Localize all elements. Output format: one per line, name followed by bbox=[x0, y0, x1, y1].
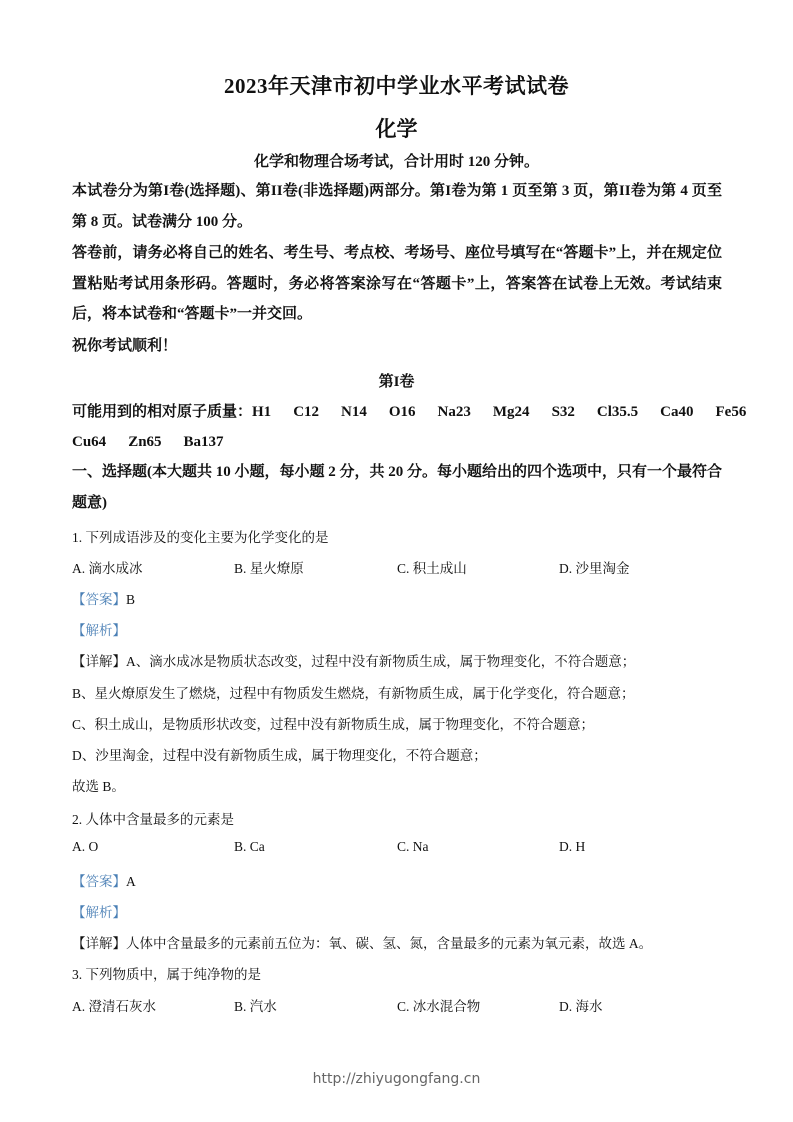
atomic-mass: O16 bbox=[389, 404, 416, 420]
atomic-mass: H1 bbox=[252, 404, 271, 420]
answer-value: A bbox=[126, 874, 136, 889]
question-2-option-a: A. O bbox=[72, 839, 98, 855]
instruction-paragraph-2: 答卷前，请务必将自己的姓名、考生号、考点校、考场号、座位号填写在“答题卡”上，并… bbox=[72, 238, 722, 330]
question-3-option-b: B. 汽水 bbox=[234, 995, 277, 1015]
question-3-option-a: A. 澄清石灰水 bbox=[72, 995, 156, 1015]
question-2-answer: 【答案】A bbox=[72, 870, 136, 890]
question-1-option-b: B. 星火燎原 bbox=[234, 557, 304, 577]
question-1-stem: 1. 下列成语涉及的变化主要为化学变化的是 bbox=[72, 526, 329, 546]
question-1-answer: 【答案】B bbox=[72, 588, 135, 608]
detail-text: A、滴水成冰是物质状态改变，过程中没有新物质生成，属于物理变化，不符合题意； bbox=[126, 654, 635, 669]
atomic-masses-line-1: 可能用到的相对原子质量：H1C12N14O16Na23Mg24S32Cl35.5… bbox=[72, 397, 732, 428]
detail-label: 【详解】 bbox=[72, 936, 126, 951]
atomic-mass: Na23 bbox=[438, 404, 471, 420]
instruction-paragraph-1: 本试卷分为第I卷(选择题)、第II卷(非选择题)两部分。第I卷为第 1 页至第 … bbox=[72, 176, 722, 237]
answer-value: B bbox=[126, 592, 135, 607]
question-1-detail-3: C、积土成山，是物质形状改变，过程中没有新物质生成，属于物理变化，不符合题意； bbox=[72, 713, 594, 733]
atomic-mass-label: 可能用到的相对原子质量： bbox=[72, 404, 252, 420]
atomic-mass: Mg24 bbox=[493, 404, 530, 420]
question-2-stem: 2. 人体中含量最多的元素是 bbox=[72, 808, 234, 828]
exam-subtitle: 化学和物理合场考试，合计用时 120 分钟。 bbox=[0, 150, 793, 171]
question-1-option-a: A. 滴水成冰 bbox=[72, 557, 143, 577]
atomic-mass: Fe56 bbox=[716, 404, 747, 420]
atomic-mass: Cu64 bbox=[72, 434, 106, 450]
good-luck-text: 祝你考试顺利！ bbox=[72, 331, 722, 362]
atomic-mass: C12 bbox=[293, 404, 319, 420]
atomic-mass: Zn65 bbox=[128, 434, 161, 450]
question-2-option-b: B. Ca bbox=[234, 839, 265, 855]
part-heading: 一、选择题(本大题共 10 小题，每小题 2 分，共 20 分。每小题给出的四个… bbox=[72, 457, 722, 518]
atomic-mass: N14 bbox=[341, 404, 367, 420]
atomic-mass: S32 bbox=[552, 404, 575, 420]
answer-label: 【答案】 bbox=[72, 592, 126, 607]
question-2-detail-1: 【详解】人体中含量最多的元素前五位为：氧、碳、氢、氮，含量最多的元素为氧元素，故… bbox=[72, 932, 652, 952]
atomic-masses-line-2: Cu64Zn65Ba137 bbox=[72, 427, 722, 458]
question-3-option-d: D. 海水 bbox=[559, 995, 603, 1015]
question-2-option-c: C. Na bbox=[397, 839, 429, 855]
question-1-detail-2: B、星火燎原发生了燃烧，过程中有物质发生燃烧，有新物质生成，属于化学变化，符合题… bbox=[72, 682, 635, 702]
question-1-option-d: D. 沙里淘金 bbox=[559, 557, 630, 577]
question-1-detail-4: D、沙里淘金，过程中没有新物质生成，属于物理变化，不符合题意； bbox=[72, 744, 487, 764]
question-2-analysis-label: 【解析】 bbox=[72, 901, 126, 921]
atomic-mass: Ca40 bbox=[660, 404, 693, 420]
question-3-stem: 3. 下列物质中，属于纯净物的是 bbox=[72, 963, 261, 983]
atomic-mass: Cl35.5 bbox=[597, 404, 638, 420]
question-2-option-d: D. H bbox=[559, 839, 585, 855]
detail-text: 人体中含量最多的元素前五位为：氧、碳、氢、氮，含量最多的元素为氧元素，故选 A。 bbox=[126, 936, 652, 951]
question-1-detail-1: 【详解】A、滴水成冰是物质状态改变，过程中没有新物质生成，属于物理变化，不符合题… bbox=[72, 650, 635, 670]
question-1-analysis-label: 【解析】 bbox=[72, 619, 126, 639]
detail-label: 【详解】 bbox=[72, 654, 126, 669]
question-1-detail-5: 故选 B。 bbox=[72, 775, 125, 795]
question-3-option-c: C. 冰水混合物 bbox=[397, 995, 480, 1015]
footer-url: http://zhiyugongfang.cn bbox=[0, 1071, 793, 1087]
exam-page: 2023年天津市初中学业水平考试试卷 化学 化学和物理合场考试，合计用时 120… bbox=[0, 0, 793, 1122]
subject-title: 化学 bbox=[0, 113, 793, 143]
exam-title: 2023年天津市初中学业水平考试试卷 bbox=[0, 70, 793, 100]
question-1-option-c: C. 积土成山 bbox=[397, 557, 467, 577]
answer-label: 【答案】 bbox=[72, 874, 126, 889]
volume-title: 第I卷 bbox=[0, 370, 793, 391]
atomic-mass: Ba137 bbox=[184, 434, 224, 450]
